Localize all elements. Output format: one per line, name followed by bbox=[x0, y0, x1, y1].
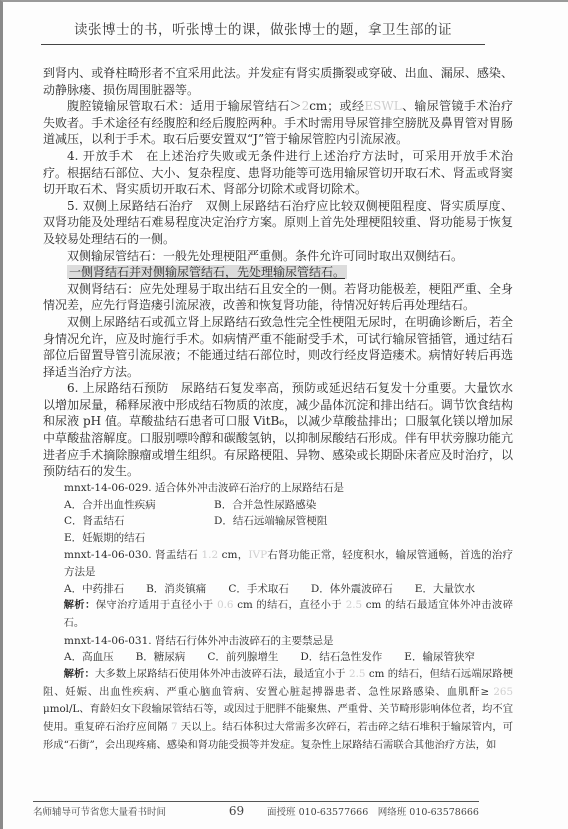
option-a: A．合并出血性疾病 bbox=[64, 497, 214, 514]
faint-term: ESWL bbox=[364, 99, 401, 113]
text-run: 肾盂结石 bbox=[155, 549, 198, 561]
page-number: 69 bbox=[229, 804, 244, 818]
explanation: 解析：大多数上尿路结石使用体外冲击波碎石法，最适宜小于 2.5 cm 的结石，但… bbox=[43, 666, 513, 754]
faint-number: 2.5 bbox=[349, 668, 365, 680]
option-d: D．体外震波碎石 bbox=[311, 581, 393, 598]
text-run: 保守治疗适用于直径小于 bbox=[96, 599, 214, 611]
faint-number: 0.6 bbox=[217, 599, 233, 611]
explanation-label: 解析： bbox=[64, 599, 96, 611]
question-stem: mnxt-14-06-031. 肾结石行体外冲击波碎石的主要禁忌是 bbox=[43, 633, 513, 650]
option-e: E．输尿管狭窄 bbox=[404, 649, 475, 666]
explanation-label: 解析： bbox=[64, 668, 95, 680]
question-options: A．高血压 B．糖尿病 C．前列腺增生 D．结石急性发作 E．输尿管狭窄 bbox=[43, 649, 513, 666]
paragraph-prevention: 6. 上尿路结石预防 尿路结石复发率高，预防或延迟结石复发十分重要。大量饮水以增… bbox=[43, 380, 513, 480]
question-stem: mnxt-14-06-029. 适合体外冲击波碎石治疗的上尿路结石是 bbox=[43, 480, 513, 497]
running-header: 读张博士的书，听张博士的课，做张博士的题，拿卫生部的证 bbox=[41, 18, 485, 38]
question-options: A．中药排石 B．消炎镇痛 C．手术取石 D．体外震波碎石 E．大量饮水 bbox=[43, 581, 513, 598]
question-text: 适合体外冲击波碎石治疗的上尿路结石是 bbox=[155, 482, 344, 494]
footer-divider bbox=[33, 801, 479, 802]
highlighted-text: 一侧肾结石并对侧输尿管结石，先处理输尿管结石。 bbox=[67, 265, 347, 279]
text-run: cm 的结石，直径小于 bbox=[237, 599, 342, 611]
paragraph-anuria: 双侧上尿路结石或孤立肾上尿路结石致急性完全性梗阻无尿时，在明确诊断后，若全身情况… bbox=[43, 314, 513, 380]
page-footer: 名师辅导可节省您大量看书时间 69 面授班 010-63577666 网络班 0… bbox=[33, 804, 479, 818]
option-d: D．结石急性发作 bbox=[300, 649, 382, 666]
question-031: mnxt-14-06-031. 肾结石行体外冲击波碎石的主要禁忌是 A．高血压 … bbox=[43, 633, 513, 755]
option-c: C．前列腺增生 bbox=[207, 649, 278, 666]
faint-term: IVP bbox=[248, 549, 267, 561]
text-run: 腹腔镜输尿管取石术：适用于输尿管结石＞ bbox=[67, 99, 302, 113]
footer-slogan: 名师辅导可节省您大量看书时间 bbox=[33, 804, 166, 818]
paragraph-laparoscopic: 腹腔镜输尿管取石术：适用于输尿管结石＞2cm；或经ESWL、输尿管镜手术治疗失败… bbox=[43, 98, 513, 148]
paragraph-bilateral-ureter: 双侧输尿管结石：一般先处理梗阻严重侧。条件允许可同时取出双侧结石。 bbox=[43, 248, 513, 265]
header-divider bbox=[41, 44, 485, 45]
option-a: A．中药排石 bbox=[64, 581, 124, 598]
faint-number: 265 bbox=[493, 686, 513, 698]
paragraph-open-surgery: 4. 开放手术 在上述治疗失败或无条件进行上述治疗方法时，可采用开放手术治疗。根… bbox=[43, 148, 513, 198]
option-b: B．合并急性尿路感染 bbox=[214, 497, 364, 514]
option-c: C．手术取石 bbox=[228, 581, 289, 598]
document-page: 读张博士的书，听张博士的课，做张博士的题，拿卫生部的证 到肾内、或脊柱畸形者不宜… bbox=[0, 0, 568, 829]
paragraph-complications: 到肾内、或脊柱畸形者不宜采用此法。并发症有肾实质撕裂或穿破、出血、漏尿、感染、动… bbox=[43, 65, 513, 98]
faint-number: 7 bbox=[171, 721, 178, 733]
question-030: mnxt-14-06-030. 肾盂结石 1.2 cm，IVP右肾功能正常，轻度… bbox=[43, 547, 513, 633]
option-b: B．糖尿病 bbox=[136, 649, 186, 666]
option-e: E．大量饮水 bbox=[415, 581, 475, 598]
footer-contact: 面授班 010-63577666 网络班 010-63578666 bbox=[267, 804, 479, 818]
faint-number: 2.5 bbox=[346, 599, 362, 611]
faint-number: 1.2 bbox=[201, 549, 218, 561]
question-029: mnxt-14-06-029. 适合体外冲击波碎石治疗的上尿路结石是 A．合并出… bbox=[43, 480, 513, 547]
paragraph-bilateral-kidney: 双侧肾结石：应先处理易于取出结石且安全的一侧。若肾功能极差，梗阻严重、全身情况差… bbox=[43, 281, 513, 314]
question-stem: mnxt-14-06-030. 肾盂结石 1.2 cm，IVP右肾功能正常，轻度… bbox=[43, 547, 513, 581]
question-id: mnxt-14-06-031. bbox=[64, 635, 152, 647]
option-c: C．肾盂结石 bbox=[64, 513, 214, 530]
option-a: A．高血压 bbox=[64, 649, 114, 666]
question-id: mnxt-14-06-030. bbox=[64, 549, 152, 561]
page-content: 到肾内、或脊柱畸形者不宜采用此法。并发症有肾实质撕裂或穿破、出血、漏尿、感染、动… bbox=[43, 65, 513, 754]
text-run: cm， bbox=[222, 549, 249, 561]
paragraph-highlighted: 一侧肾结石并对侧输尿管结石，先处理输尿管结石。 bbox=[43, 264, 513, 281]
question-text: 肾结石行体外冲击波碎石的主要禁忌是 bbox=[155, 635, 334, 647]
text-run: cm；或经 bbox=[309, 99, 364, 113]
explanation: 解析：保守治疗适用于直径小于 0.6 cm 的结石，直径小于 2.5 cm 的结… bbox=[43, 597, 513, 632]
text-run: 大多数上尿路结石使用体外冲击波碎石法，最适宜小于 bbox=[95, 668, 346, 680]
option-d: D．结石远端输尿管梗阻 bbox=[214, 513, 364, 530]
option-e: E．妊娠期的结石 bbox=[64, 530, 214, 547]
option-b: B．消炎镇痛 bbox=[146, 581, 206, 598]
question-options: A．合并出血性疾病 B．合并急性尿路感染 C．肾盂结石 D．结石远端输尿管梗阻 … bbox=[43, 497, 513, 547]
question-id: mnxt-14-06-029. bbox=[64, 482, 152, 494]
paragraph-bilateral: 5. 双侧上尿路结石治疗 双侧上尿路结石治疗应比较双侧梗阻程度、肾实质厚度、双肾… bbox=[43, 198, 513, 248]
